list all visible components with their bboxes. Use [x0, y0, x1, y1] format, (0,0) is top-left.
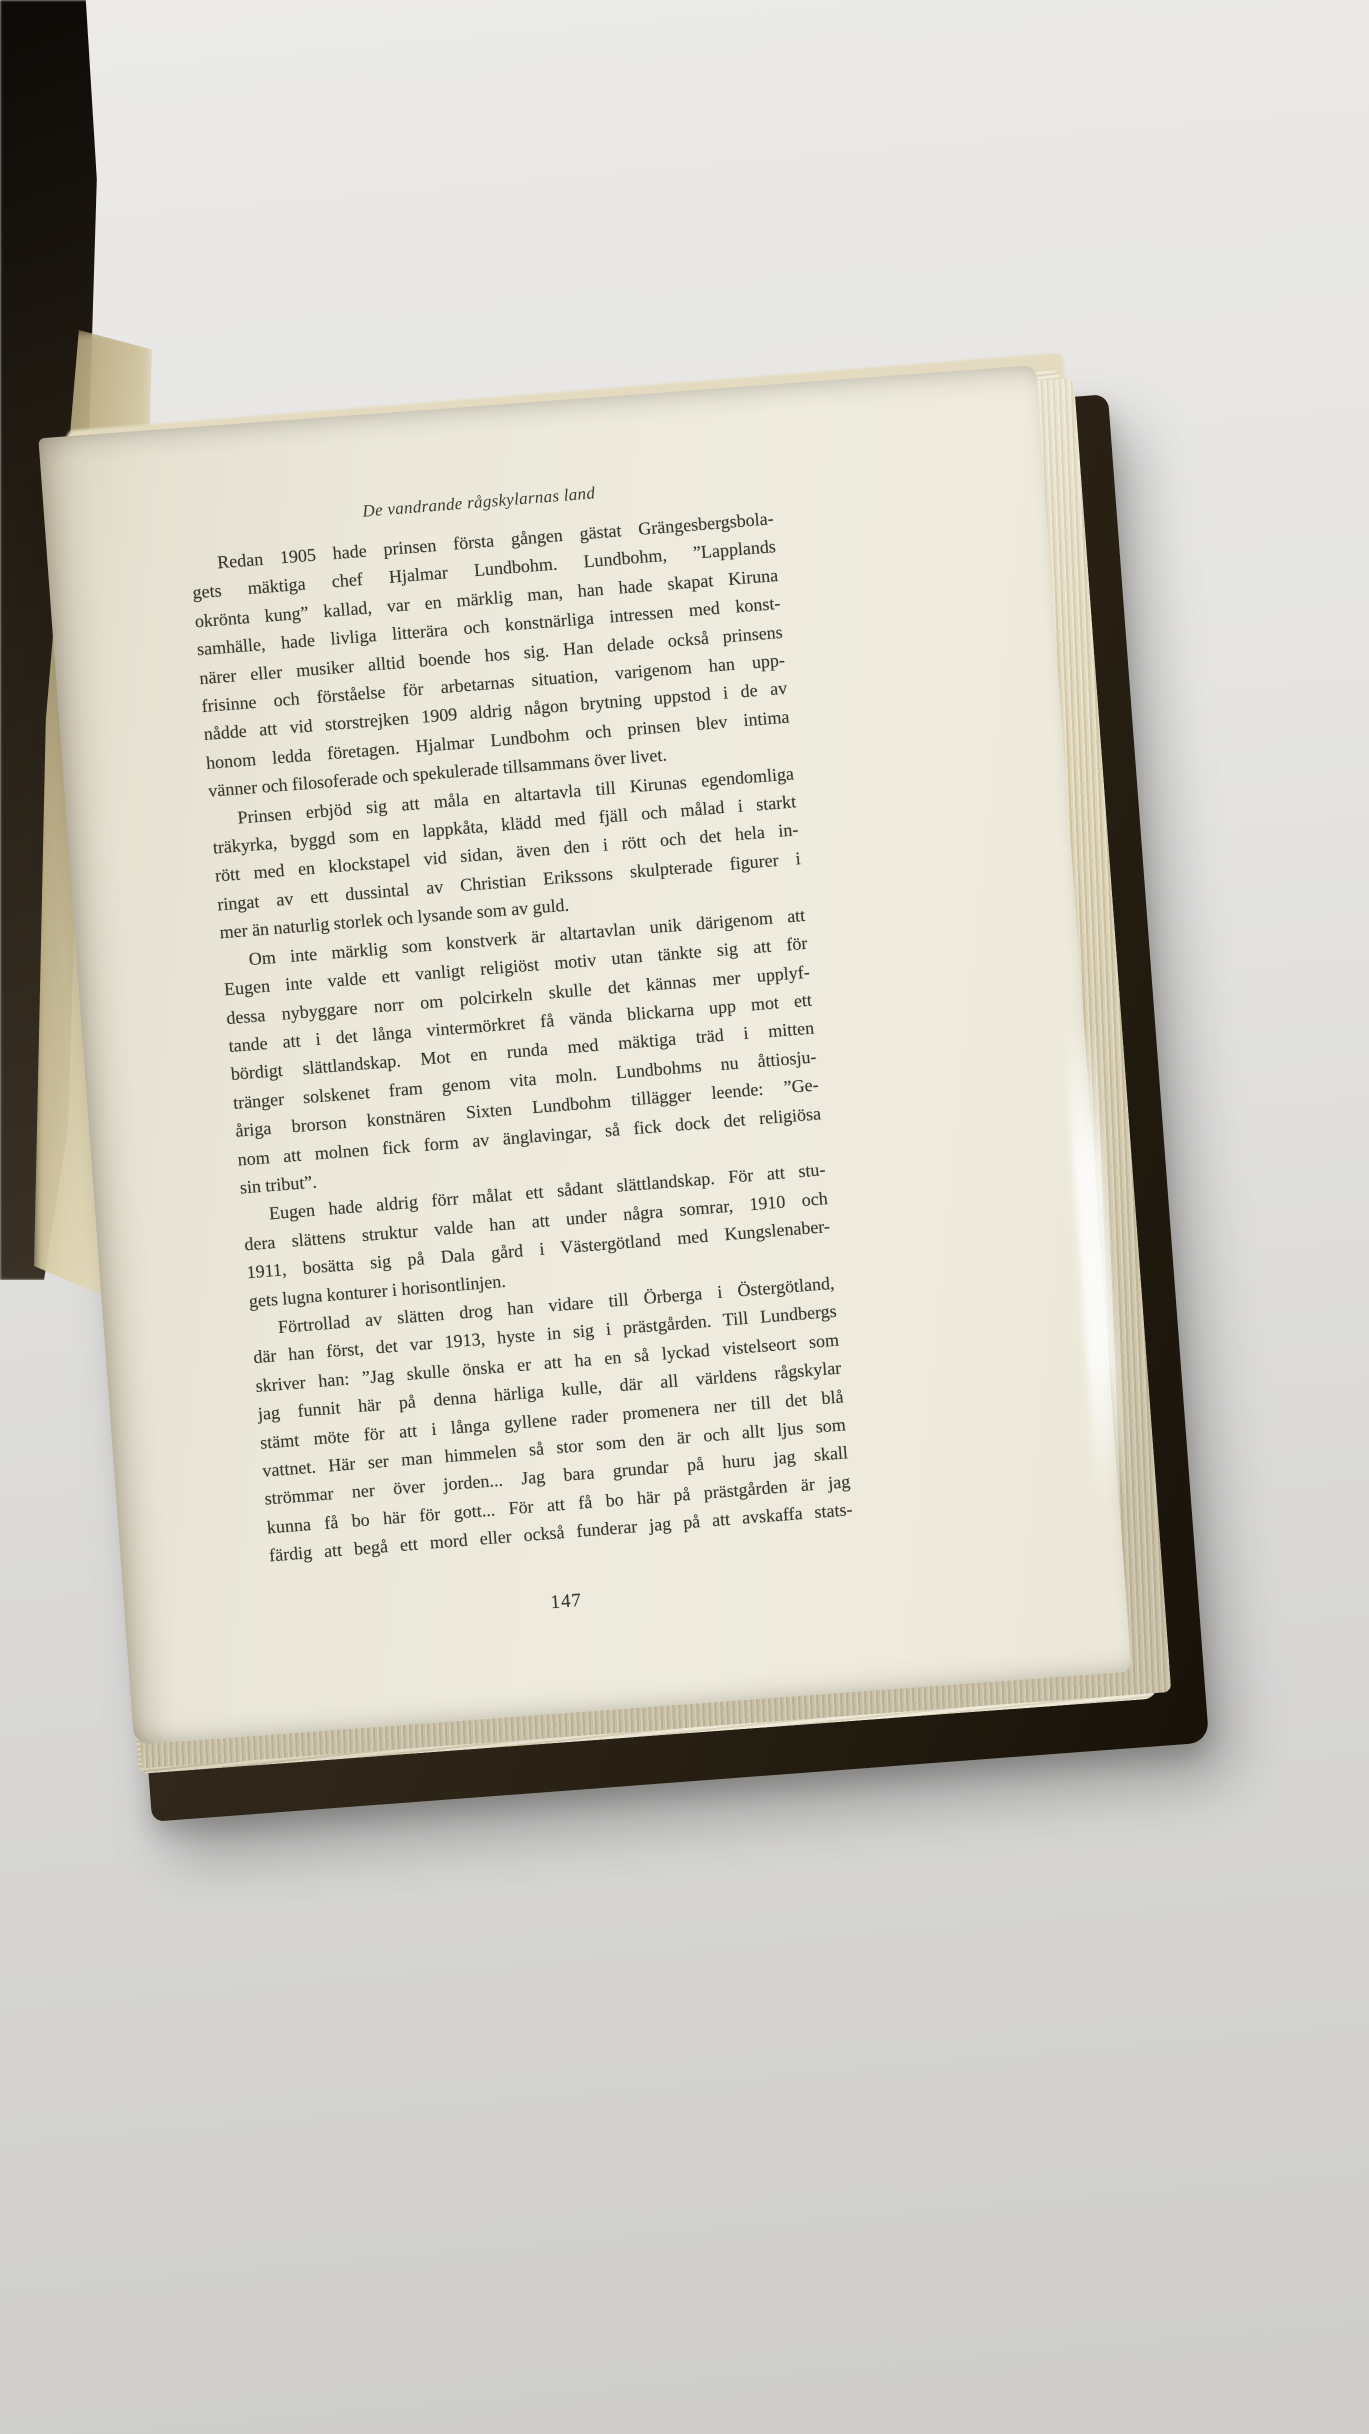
paragraph-5: Förtrollad av slätten drog han vidare ti… [250, 1269, 853, 1570]
body-text: Redan 1905 hade prinsen första gången gä… [189, 504, 853, 1570]
open-page: De vandrande rågskylarnas land Redan 190… [38, 365, 1131, 1745]
paragraph-3: Om inte märklig som konstverk är altarta… [221, 901, 824, 1202]
paragraph-1: Redan 1905 hade prinsen första gången gä… [189, 504, 792, 805]
page-content: De vandrande rågskylarnas land Redan 190… [186, 469, 858, 1635]
book-photo: De vandrande rågskylarnas land Redan 190… [0, 0, 1369, 2434]
page-number: 147 [274, 1567, 859, 1635]
